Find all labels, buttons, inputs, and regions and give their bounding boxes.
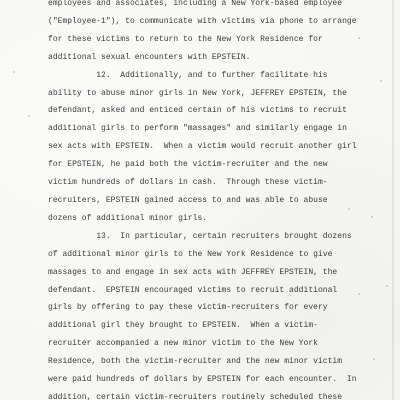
text-line: additional girls to perform "massages" a… — [48, 120, 400, 138]
scan-speck — [13, 71, 15, 73]
text-line: victim hundreds of dollars in cash. Thro… — [48, 174, 400, 192]
scanned-document-page: employees and associates, including a Ne… — [0, 0, 400, 400]
text-line: for EPSTEIN, he paid both the victim-rec… — [48, 156, 400, 174]
text-line: massages to and engage in sex acts with … — [48, 264, 400, 282]
text-line: ability to abuse minor girls in New York… — [48, 85, 400, 103]
scan-speck — [380, 80, 382, 82]
text-line: sex acts with EPSTEIN. When a victim wou… — [48, 138, 400, 156]
scan-speck — [373, 358, 375, 360]
text-line: were paid hundreds of dollars by EPSTEIN… — [48, 371, 400, 389]
text-line-paragraph-12-start: 12. Additionally, and to further facilit… — [48, 67, 400, 85]
text-line: of additional minor girls to the New Yor… — [48, 246, 400, 264]
text-line: additional girl they brought to EPSTEIN.… — [48, 317, 400, 335]
text-line: employees and associates, including a Ne… — [48, 0, 400, 13]
scan-speck — [358, 37, 360, 39]
text-line: defendant, asked and enticed certain of … — [48, 102, 400, 120]
scan-speck — [371, 216, 373, 218]
text-line: Residence, both the victim-recruiter and… — [48, 353, 400, 371]
text-line: addition, certain victim-recruiters rout… — [48, 389, 400, 400]
scan-speck — [358, 293, 360, 295]
scan-speck — [348, 208, 350, 210]
text-line: for these victims to return to the New Y… — [48, 31, 400, 49]
text-line: additional sexual encounters with EPSTEI… — [48, 49, 400, 67]
text-line: ("Employee-1"), to communicate with vict… — [48, 13, 400, 31]
page-edge-shadow — [392, 0, 394, 400]
scan-speck — [386, 285, 388, 287]
text-line: dozens of additional minor girls. — [48, 210, 400, 228]
text-line-paragraph-13-start: 13. In particular, certain recruiters br… — [48, 228, 400, 246]
text-line: recruiters, EPSTEIN gained access to and… — [48, 192, 400, 210]
text-line: recruiter accompanied a new minor victim… — [48, 335, 400, 353]
text-line: defendant. EPSTEIN encouraged victims to… — [48, 282, 400, 300]
scan-speck — [28, 115, 30, 117]
document-body-text: employees and associates, including a Ne… — [48, 0, 400, 400]
text-line: girls by offering to pay these victim-re… — [48, 299, 400, 317]
